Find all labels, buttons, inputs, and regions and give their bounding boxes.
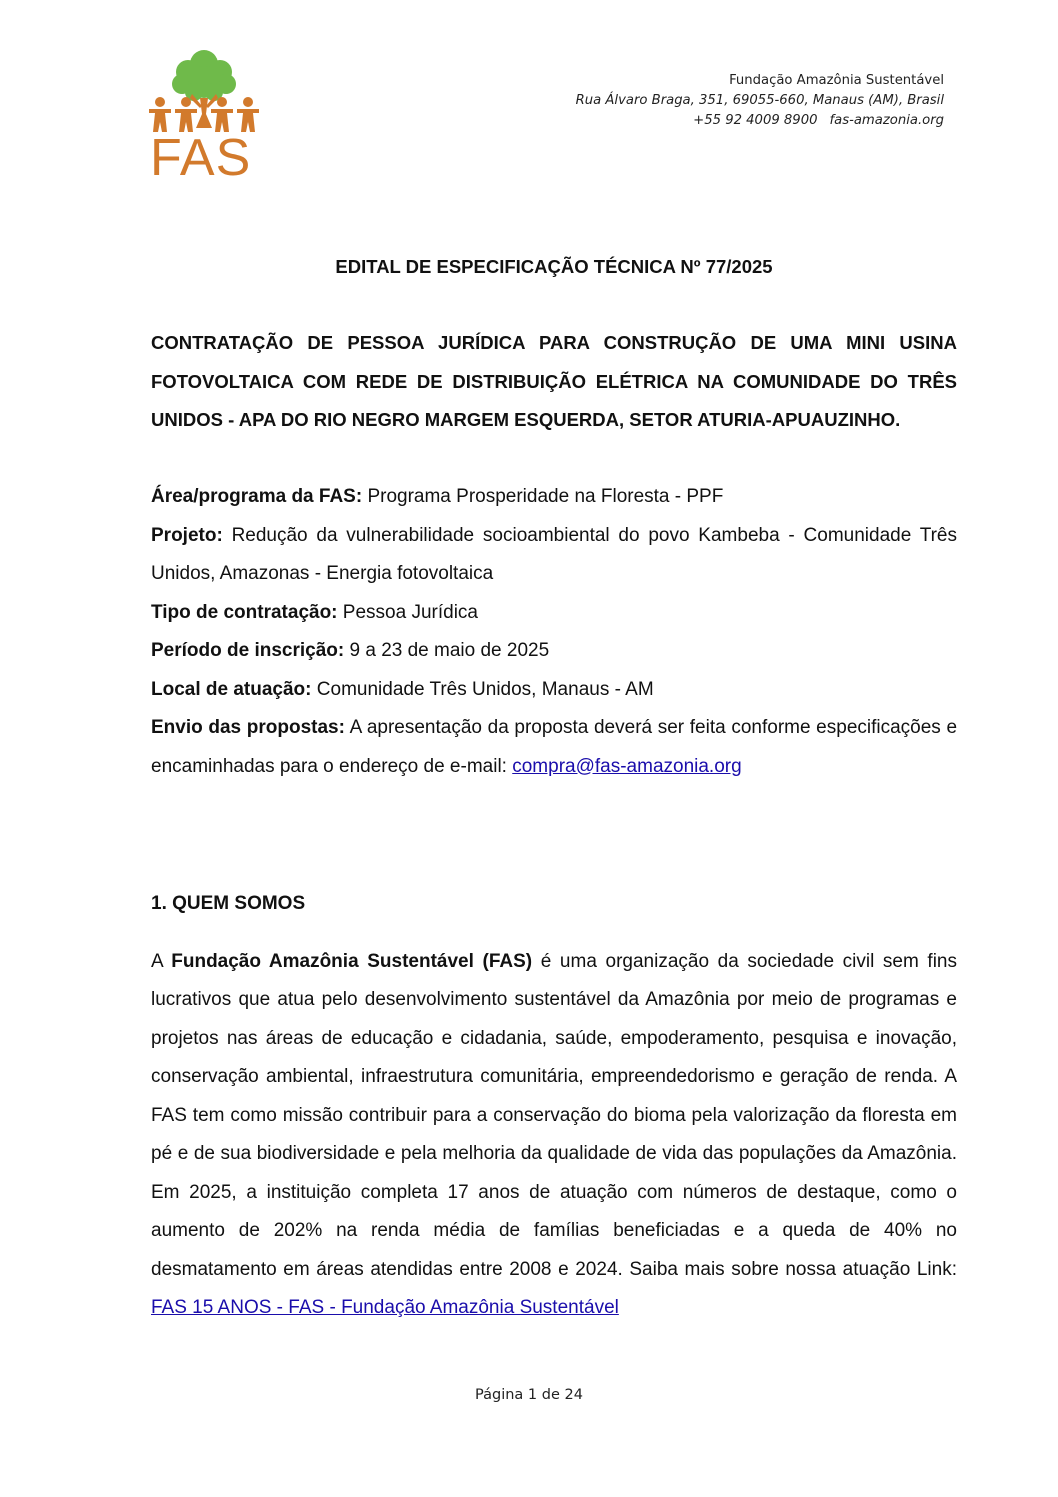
meta-local-label: Local de atuação:	[151, 679, 312, 700]
meta-envio-label: Envio das propostas:	[151, 717, 345, 738]
paragraph-text: é uma organização da sociedade civil sem…	[151, 951, 957, 1280]
meta-projeto-label: Projeto:	[151, 525, 223, 546]
org-contact: +55 92 4009 8900fas-amazonia.org	[576, 111, 944, 131]
meta-periodo: Período de inscrição: 9 a 23 de maio de …	[151, 632, 957, 671]
org-website: fas-amazonia.org	[829, 113, 944, 128]
document-meta: Área/programa da FAS: Programa Prosperid…	[151, 478, 957, 786]
section-heading-text: 1. QUEM SOMOS	[151, 893, 305, 914]
meta-periodo-value: 9 a 23 de maio de 2025	[350, 640, 550, 661]
meta-periodo-label: Período de inscrição:	[151, 640, 344, 661]
org-phone: +55 92 4009 8900	[693, 113, 817, 128]
page-number: Página 1 de 24	[0, 1387, 1058, 1403]
meta-area-value: Programa Prosperidade na Floresta - PPF	[367, 486, 723, 507]
meta-tipo-label: Tipo de contratação:	[151, 602, 338, 623]
meta-area-label: Área/programa da FAS:	[151, 486, 362, 507]
org-address: Rua Álvaro Braga, 351, 69055-660, Manaus…	[576, 91, 944, 111]
fas-15-anos-link[interactable]: FAS 15 ANOS - FAS - Fundação Amazônia Su…	[151, 1297, 619, 1318]
document-title: EDITAL DE ESPECIFICAÇÃO TÉCNICA Nº 77/20…	[151, 248, 957, 287]
meta-projeto-value: Redução da vulnerabilidade socioambienta…	[151, 525, 957, 585]
tree-people-logo-icon	[148, 44, 260, 140]
meta-local-value: Comunidade Três Unidos, Manaus - AM	[317, 679, 654, 700]
org-header: Fundação Amazônia Sustentável Rua Álvaro…	[576, 71, 944, 131]
section-paragraph: A Fundação Amazônia Sustentável (FAS) é …	[151, 943, 957, 1328]
document-subject: CONTRATAÇÃO DE PESSOA JURÍDICA PARA CONS…	[151, 324, 957, 440]
meta-area: Área/programa da FAS: Programa Prosperid…	[151, 478, 957, 517]
meta-projeto: Projeto: Redução da vulnerabilidade soci…	[151, 517, 957, 594]
org-name: Fundação Amazônia Sustentável	[576, 71, 944, 91]
fas-logo: FAS	[148, 44, 260, 184]
email-link[interactable]: compra@fas-amazonia.org	[512, 756, 741, 777]
paragraph-org-name: Fundação Amazônia Sustentável (FAS)	[171, 951, 532, 972]
section-heading: 1. QUEM SOMOS	[151, 885, 957, 924]
meta-tipo: Tipo de contratação: Pessoa Jurídica	[151, 594, 957, 633]
paragraph-intro: A	[151, 951, 163, 972]
meta-local: Local de atuação: Comunidade Três Unidos…	[151, 671, 957, 710]
section-quem-somos: 1. QUEM SOMOS A Fundação Amazônia Susten…	[151, 866, 957, 1347]
logo-text: FAS	[150, 132, 251, 184]
meta-tipo-value: Pessoa Jurídica	[343, 602, 478, 623]
meta-envio: Envio das propostas: A apresentação da p…	[151, 709, 957, 786]
